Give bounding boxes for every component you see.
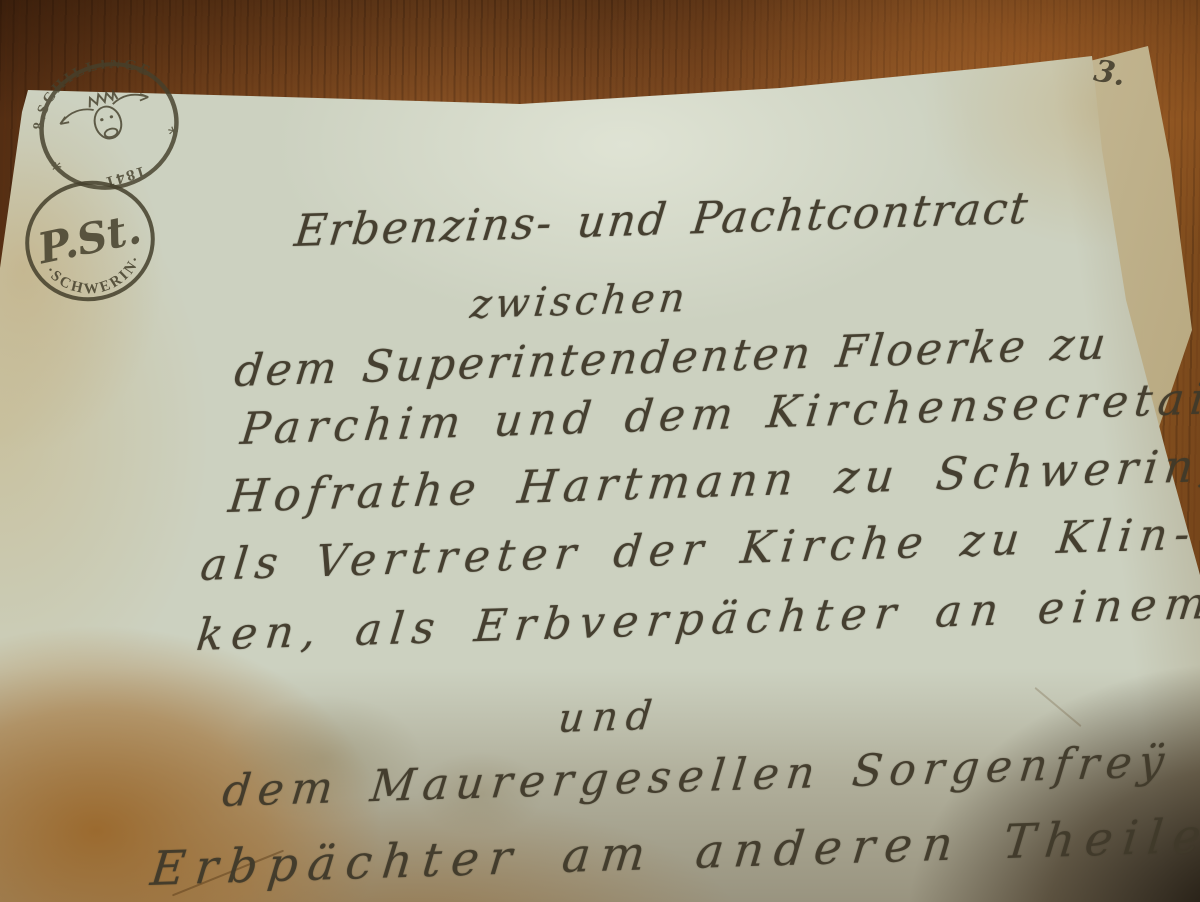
manuscript-line-und: und [556, 693, 662, 742]
manuscript-line-zwischen: zwischen [468, 275, 691, 328]
page-number-annotation: 3. [1091, 54, 1128, 94]
ox-head-icon [55, 81, 156, 152]
office-stamp: P.St. ·SCHWERIN· [16, 171, 163, 311]
wood-table-background: 8.SCHILLINGE * * 1841 P.St. [0, 0, 1200, 902]
fee-stamp-star-right: * [166, 122, 182, 145]
ink-stamps: 8.SCHILLINGE * * 1841 P.St. [10, 60, 240, 330]
fee-stamp-star-left: * [50, 158, 66, 181]
